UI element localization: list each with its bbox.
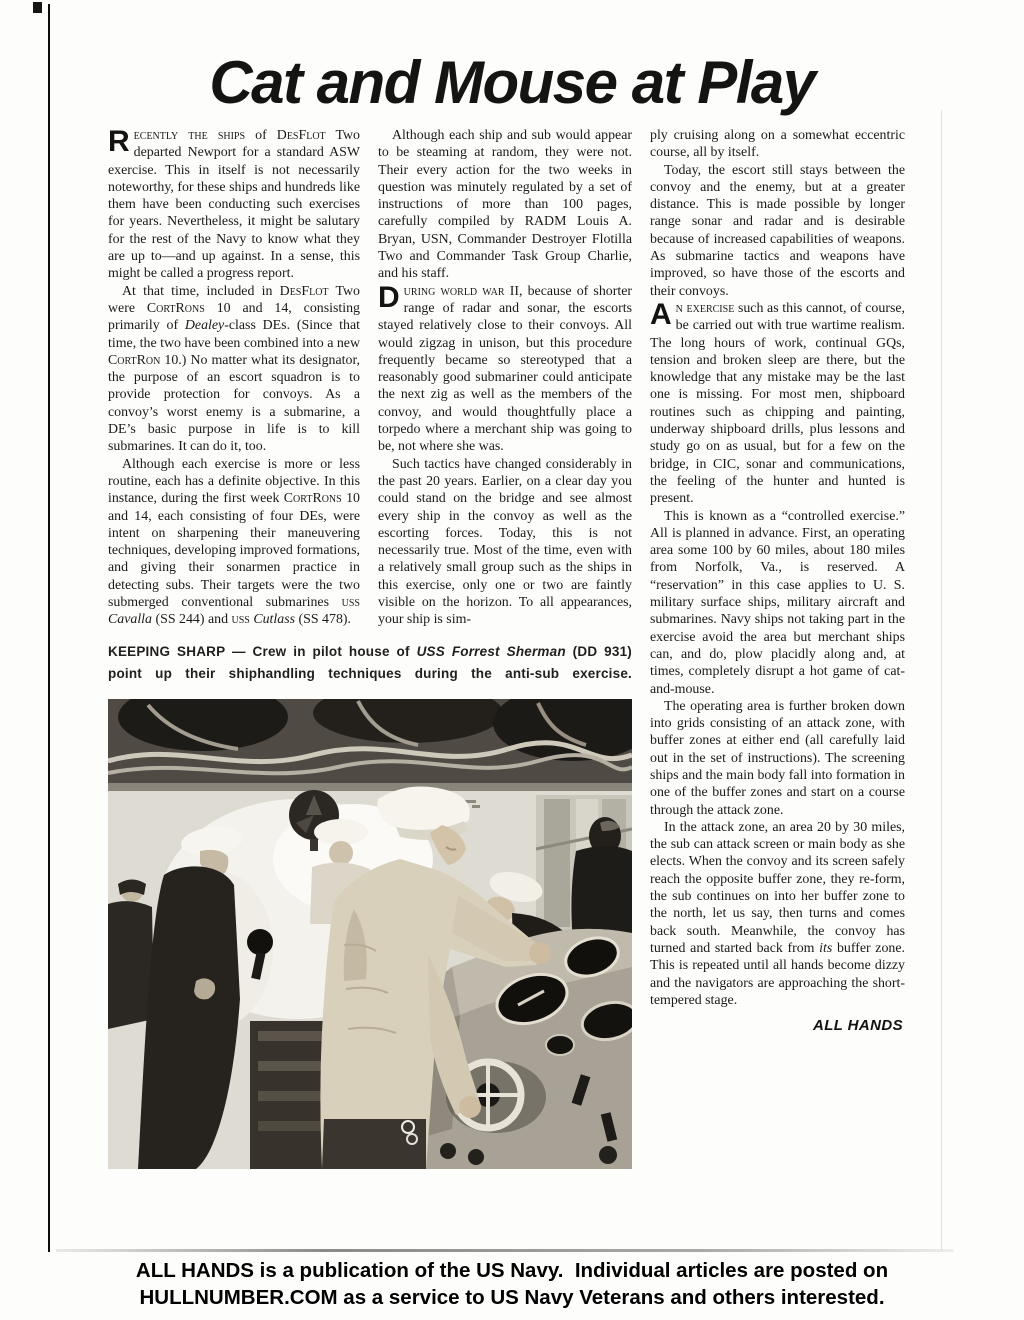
page-scan: Cat and Mouse at Play Recently the ships…	[0, 0, 1024, 1320]
ceiling-cables	[108, 699, 632, 791]
column-1: Recently the ships of DesFlot Two depart…	[108, 127, 360, 629]
paragraph: This is known as a “controlled exercise.…	[650, 508, 905, 698]
footer-line-2: HULLNUMBER.COM as a service to US Navy V…	[0, 1284, 1024, 1311]
column-2: Although each ship and sub would appear …	[378, 127, 632, 629]
left-zone: Recently the ships of DesFlot Two depart…	[108, 127, 632, 1169]
article-title: Cat and Mouse at Play	[0, 48, 1024, 117]
paragraph: Although each exercise is more or less r…	[108, 456, 360, 629]
article-photo	[108, 699, 632, 1169]
footer-line-1: ALL HANDS is a publication of the US Nav…	[0, 1257, 1024, 1284]
paragraph: Although each ship and sub would appear …	[378, 127, 632, 283]
footer-note: ALL HANDS is a publication of the US Nav…	[0, 1257, 1024, 1311]
paragraph: The operating area is further broken dow…	[650, 698, 905, 819]
paragraph: An exercise such as this cannot, of cour…	[650, 300, 905, 508]
paragraph: At that time, included in DesFlot Two we…	[108, 283, 360, 456]
paragraph: Such tactics have changed considerably i…	[378, 456, 632, 629]
columns-1-2: Recently the ships of DesFlot Two depart…	[108, 127, 632, 629]
bottom-scan-rule	[56, 1249, 954, 1252]
scan-corner-mark	[33, 2, 42, 13]
right-margin-rule	[941, 110, 942, 1250]
article-body: Recently the ships of DesFlot Two depart…	[108, 127, 905, 1169]
paragraph: In the attack zone, an area 20 by 30 mil…	[650, 819, 905, 1009]
photo-caption: KEEPING SHARP — Crew in pilot house of U…	[108, 641, 632, 685]
column-3: ply cruising along on a somewhat eccentr…	[650, 127, 905, 1169]
paragraph: Today, the escort still stays between th…	[650, 162, 905, 300]
left-margin-rule	[48, 4, 50, 1252]
article-signature: ALL HANDS	[650, 1017, 905, 1034]
paragraph: ply cruising along on a somewhat eccentr…	[650, 127, 905, 162]
paragraph: Recently the ships of DesFlot Two depart…	[108, 127, 360, 283]
paragraph: During world war II, because of shorter …	[378, 283, 632, 456]
